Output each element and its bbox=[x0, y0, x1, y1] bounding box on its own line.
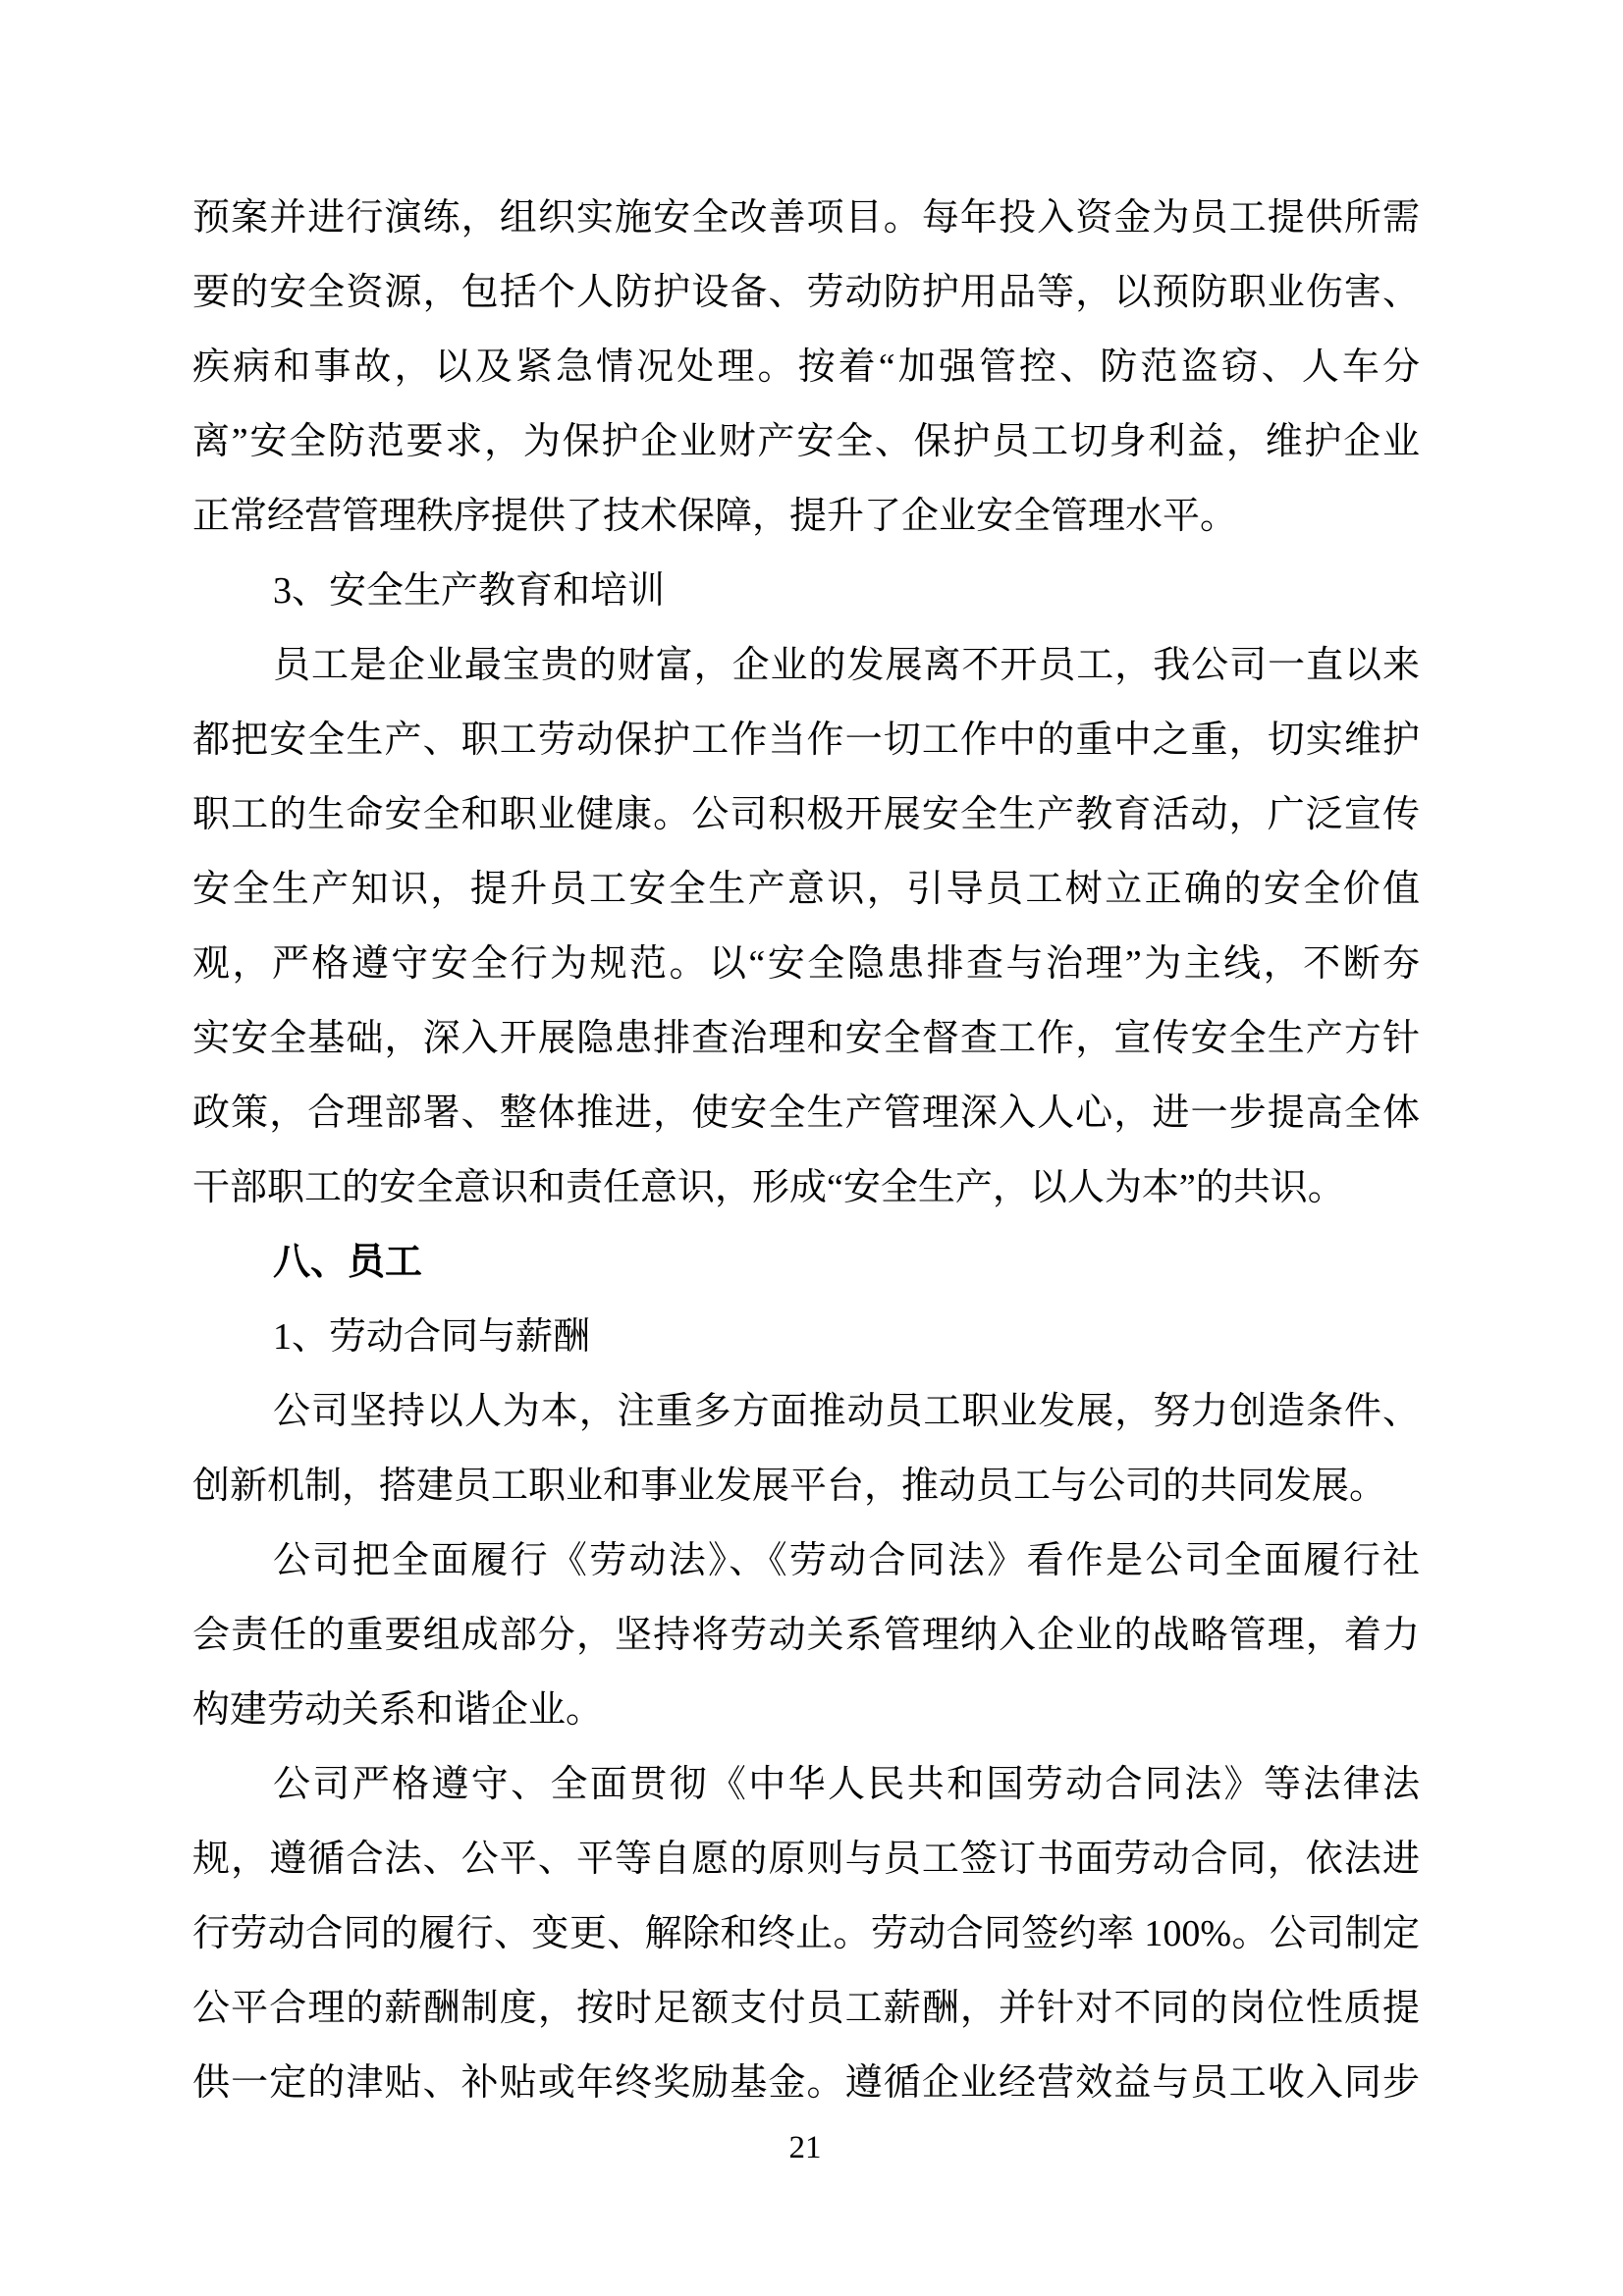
subsection-heading-safety-education: 3、安全生产教育和培训 bbox=[192, 554, 1420, 628]
text-line: 构建劳动关系和谐企业。 bbox=[192, 1673, 1420, 1747]
text-line: 行劳动合同的履行、变更、解除和终止。劳动合同签约率 100%。公司制定 bbox=[192, 1896, 1420, 1971]
section-heading-employees: 八、员工 bbox=[192, 1225, 1420, 1300]
text-line: 员工是企业最宝贵的财富，企业的发展离不开员工，我公司一直以来 bbox=[192, 628, 1420, 703]
text-line: 公平合理的薪酬制度，按时足额支付员工薪酬，并针对不同的岗位性质提 bbox=[192, 1971, 1420, 2046]
text-line: 职工的生命安全和职业健康。公司积极开展安全生产教育活动，广泛宣传 bbox=[192, 777, 1420, 852]
text-line: 疾病和事故，以及紧急情况处理。按着“加强管控、防范盗窃、人车分 bbox=[192, 330, 1420, 404]
text-line: 预案并进行演练，组织实施安全改善项目。每年投入资金为员工提供所需 bbox=[192, 181, 1420, 255]
text-line: 观，严格遵守安全行为规范。以“安全隐患排查与治理”为主线，不断夯 bbox=[192, 927, 1420, 1001]
text-line: 实安全基础，深入开展隐患排查治理和安全督查工作，宣传安全生产方针 bbox=[192, 1001, 1420, 1076]
text-line: 要的安全资源，包括个人防护设备、劳动防护用品等，以预防职业伤害、 bbox=[192, 255, 1420, 330]
text-line: 干部职工的安全意识和责任意识，形成“安全生产，以人为本”的共识。 bbox=[192, 1150, 1420, 1225]
text-line: 离”安全防范要求，为保护企业财产安全、保护员工切身利益，维护企业 bbox=[192, 404, 1420, 479]
page-number: 21 bbox=[0, 2128, 1610, 2167]
text-line: 创新机制，搭建员工职业和事业发展平台，推动员工与公司的共同发展。 bbox=[192, 1449, 1420, 1523]
text-line: 规，遵循合法、公平、平等自愿的原则与员工签订书面劳动合同，依法进 bbox=[192, 1822, 1420, 1896]
text-line: 安全生产知识，提升员工安全生产意识，引导员工树立正确的安全价值 bbox=[192, 852, 1420, 927]
text-line: 公司坚持以人为本，注重多方面推动员工职业发展，努力创造条件、 bbox=[192, 1374, 1420, 1449]
text-line: 政策，合理部署、整体推进，使安全生产管理深入人心，进一步提高全体 bbox=[192, 1076, 1420, 1150]
text-line: 供一定的津贴、补贴或年终奖励基金。遵循企业经营效益与员工收入同步 bbox=[192, 2046, 1420, 2120]
text-line: 公司把全面履行《劳动法》、《劳动合同法》看作是公司全面履行社 bbox=[192, 1523, 1420, 1598]
text-line: 会责任的重要组成部分，坚持将劳动关系管理纳入企业的战略管理，着力 bbox=[192, 1598, 1420, 1673]
document-body: 预案并进行演练，组织实施安全改善项目。每年投入资金为员工提供所需 要的安全资源，… bbox=[192, 181, 1420, 2120]
subsection-heading-labor-contract: 1、劳动合同与薪酬 bbox=[192, 1300, 1420, 1374]
document-page: 预案并进行演练，组织实施安全改善项目。每年投入资金为员工提供所需 要的安全资源，… bbox=[0, 0, 1623, 2296]
text-line: 都把安全生产、职工劳动保护工作当作一切工作中的重中之重，切实维护 bbox=[192, 703, 1420, 777]
text-line: 公司严格遵守、全面贯彻《中华人民共和国劳动合同法》等法律法 bbox=[192, 1747, 1420, 1822]
text-line: 正常经营管理秩序提供了技术保障，提升了企业安全管理水平。 bbox=[192, 479, 1420, 554]
